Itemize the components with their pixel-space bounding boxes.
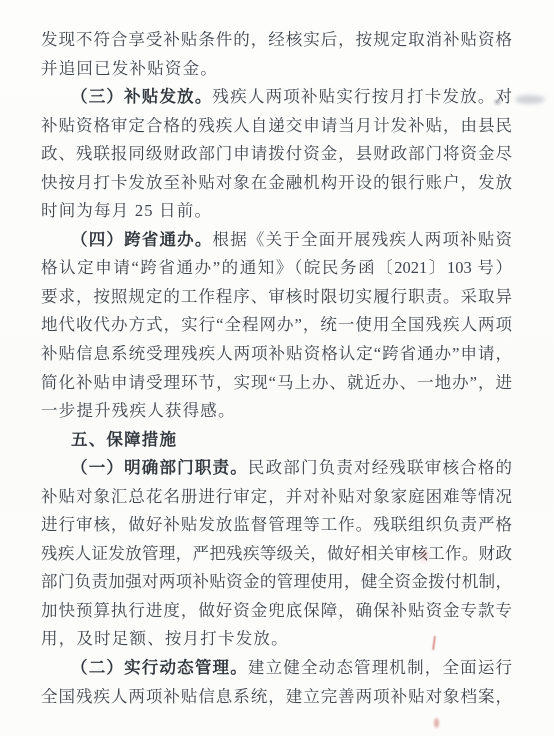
scan-smudge-streak — [515, 95, 545, 104]
text-line: 时间为每月 25 日前。 — [41, 197, 512, 226]
text-line: 补贴对象汇总花名册进行审定，并对补贴对象家庭困难等情况 — [41, 483, 512, 512]
text-line: 并追回已发补贴资金。 — [41, 55, 512, 84]
text-line: 残疾人证发放管理，严把残疾等级关，做好相关审核工作。财政 — [41, 540, 512, 569]
text-line: 快按月打卡发放至补贴对象在金融机构开设的银行账户，发放 — [41, 169, 512, 198]
text-line: 加快预算执行进度，做好资金兜底保障，确保补贴资金专款专 — [41, 597, 512, 626]
text-run: 补贴信息系统受理残疾人两项补贴资格认定“跨省通办”申请， — [41, 344, 512, 363]
heading-run: （二）实行动态管理。 — [71, 658, 248, 677]
text-run: 发现不符合享受补贴条件的，经核实后，按规定取消补贴资格 — [41, 30, 512, 49]
heading-run: （三）补贴发放。 — [71, 87, 213, 106]
text-line: 格认定申请“跨省通办”的通知》（皖民务函〔2021〕103 号） — [41, 254, 512, 283]
text-line: 发现不符合享受补贴条件的，经核实后，按规定取消补贴资格 — [41, 26, 512, 55]
text-run: 民政部门负责对经残联审核合格的 — [248, 458, 512, 477]
text-run: 残疾人两项补贴实行按月打卡发放。对 — [213, 87, 513, 106]
text-line: 部门负责加强对两项补贴资金的管理使用，健全资金拨付机制， — [41, 568, 512, 597]
heading-run: （一）明确部门职责。 — [71, 458, 248, 477]
text-line: 补贴信息系统受理残疾人两项补贴资格认定“跨省通办”申请， — [41, 340, 512, 369]
text-line: 进行审核，做好补贴发放监督管理等工作。残联组织负责严格 — [41, 511, 512, 540]
text-line: （二）实行动态管理。建立健全动态管理机制，全面运行 — [41, 654, 512, 683]
text-run: 进行审核，做好补贴发放监督管理等工作。残联组织负责严格 — [41, 515, 512, 534]
text-line: 简化补贴申请受理环节，实现“马上办、就近办、一地办”，进 — [41, 369, 512, 398]
text-line: 五、保障措施 — [41, 426, 512, 455]
text-run: 时间为每月 25 日前。 — [41, 201, 212, 220]
text-line: 要求，按照规定的工作程序、审核时限切实履行职责。采取异 — [41, 283, 512, 312]
text-line: 补贴资格审定合格的残疾人自递交申请当月计发补贴，由县民 — [41, 112, 512, 141]
text-run: 简化补贴申请受理环节，实现“马上办、就近办、一地办”，进 — [41, 373, 512, 392]
text-line: 政、残联报同级财政部门申请拨付资金，县财政部门将资金尽 — [41, 140, 512, 169]
text-line: 全国残疾人两项补贴信息系统，建立完善两项补贴对象档案， — [41, 683, 512, 712]
text-run: 补贴资格审定合格的残疾人自递交申请当月计发补贴，由县民 — [41, 116, 512, 135]
text-run: 一步提升残疾人获得感。 — [41, 401, 236, 420]
text-line: 用，及时足额、按月打卡发放。 — [41, 625, 512, 654]
scanned-page: 发现不符合享受补贴条件的，经核实后，按规定取消补贴资格并追回已发补贴资金。（三）… — [0, 0, 554, 736]
text-line: 一步提升残疾人获得感。 — [41, 397, 512, 426]
text-line: （四）跨省通办。根据《关于全面开展残疾人两项补贴资 — [41, 226, 512, 255]
text-line: （一）明确部门职责。民政部门负责对经残联审核合格的 — [41, 454, 512, 483]
text-run: 根据《关于全面开展残疾人两项补贴资 — [213, 230, 513, 249]
red-pen-dot — [434, 718, 439, 728]
text-line: （三）补贴发放。残疾人两项补贴实行按月打卡发放。对 — [41, 83, 512, 112]
text-run: 加快预算执行进度，做好资金兜底保障，确保补贴资金专款专 — [41, 601, 512, 620]
heading-run: 五、保障措施 — [71, 430, 177, 449]
text-run: 格认定申请“跨省通办”的通知》（皖民务函〔2021〕103 号） — [41, 258, 512, 277]
text-run: 建立健全动态管理机制，全面运行 — [248, 658, 512, 677]
text-run: 并追回已发补贴资金。 — [41, 59, 218, 78]
text-run: 补贴对象汇总花名册进行审定，并对补贴对象家庭困难等情况 — [41, 487, 512, 506]
text-line: 地代收代办方式，实行“全程网办”，统一使用全国残疾人两项 — [41, 311, 512, 340]
text-run: 用，及时足额、按月打卡发放。 — [41, 629, 289, 648]
document-lines: 发现不符合享受补贴条件的，经核实后，按规定取消补贴资格并追回已发补贴资金。（三）… — [41, 26, 512, 711]
text-run: 部门负责加强对两项补贴资金的管理使用，健全资金拨付机制， — [41, 572, 512, 591]
text-run: 残疾人证发放管理，严把残疾等级关，做好相关审核工作。财政 — [41, 544, 512, 563]
text-run: 要求，按照规定的工作程序、审核时限切实履行职责。采取异 — [41, 287, 512, 306]
heading-run: （四）跨省通办。 — [71, 230, 213, 249]
text-run: 地代收代办方式，实行“全程网办”，统一使用全国残疾人两项 — [41, 315, 512, 334]
text-run: 快按月打卡发放至补贴对象在金融机构开设的银行账户，发放 — [41, 173, 512, 192]
text-run: 政、残联报同级财政部门申请拨付资金，县财政部门将资金尽 — [41, 144, 512, 163]
text-run: 全国残疾人两项补贴信息系统，建立完善两项补贴对象档案， — [41, 687, 512, 706]
